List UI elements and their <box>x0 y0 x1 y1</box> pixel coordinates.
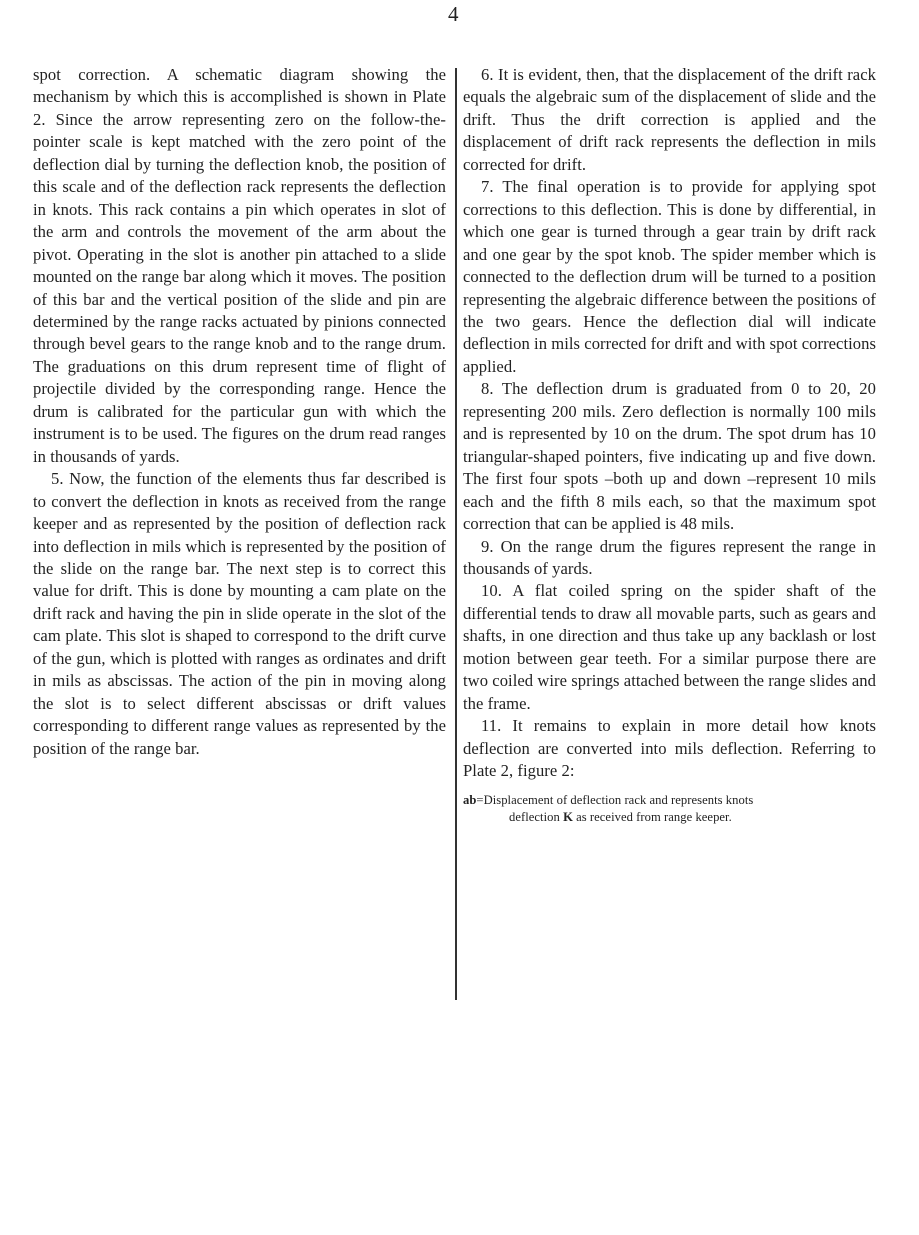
paragraph-11: 11. It remains to explain in more detail… <box>463 715 876 782</box>
paragraph-text: It remains to explain in more detail how… <box>463 716 876 780</box>
paragraph-number: 5. <box>51 469 64 488</box>
definition-symbol-k: K <box>563 810 573 824</box>
page-number: 4 <box>448 2 459 26</box>
paragraph-text: A flat coiled spring on the spider shaft… <box>463 581 876 712</box>
left-column: spot correction. A schematic diagram sho… <box>33 64 446 760</box>
paragraph-number: 9. <box>481 537 494 556</box>
definition-ab: ab=Displacement of deflection rack and r… <box>463 792 876 826</box>
paragraph-9: 9. On the range drum the figures represe… <box>463 536 876 581</box>
paragraph-number: 6. <box>481 65 494 84</box>
paragraph-text: Now, the function of the elements thus f… <box>33 469 446 757</box>
paragraph-text: The final operation is to provide for ap… <box>463 177 876 376</box>
paragraph-5: 5. Now, the function of the elements thu… <box>33 468 446 760</box>
definition-term: ab <box>463 793 476 807</box>
paragraph-number: 8. <box>481 379 494 398</box>
definition-line2-pre: deflection <box>509 810 563 824</box>
paragraph-8: 8. The deflection drum is graduated from… <box>463 378 876 535</box>
column-divider <box>455 68 457 1000</box>
definition-line2: deflection K as received from range keep… <box>463 809 876 826</box>
paragraph-7: 7. The final operation is to provide for… <box>463 176 876 378</box>
right-column: 6. It is evident, then, that the displac… <box>463 64 876 826</box>
paragraph-text: On the range drum the figures represent … <box>463 537 876 578</box>
paragraph-number: 11. <box>481 716 501 735</box>
paragraph-text: The deflection drum is graduated from 0 … <box>463 379 876 533</box>
paragraph-number: 7. <box>481 177 494 196</box>
paragraph-number: 10. <box>481 581 502 600</box>
paragraph-6: 6. It is evident, then, that the displac… <box>463 64 876 176</box>
paragraph-text: It is evident, then, that the displaceme… <box>463 65 876 174</box>
paragraph-10: 10. A flat coiled spring on the spider s… <box>463 580 876 715</box>
paragraph-continued: spot correction. A schematic diagram sho… <box>33 64 446 468</box>
definition-line1: Displacement of deflection rack and repr… <box>484 793 754 807</box>
definition-line2-post: as received from range keeper. <box>573 810 732 824</box>
definition-equals: = <box>476 793 483 807</box>
